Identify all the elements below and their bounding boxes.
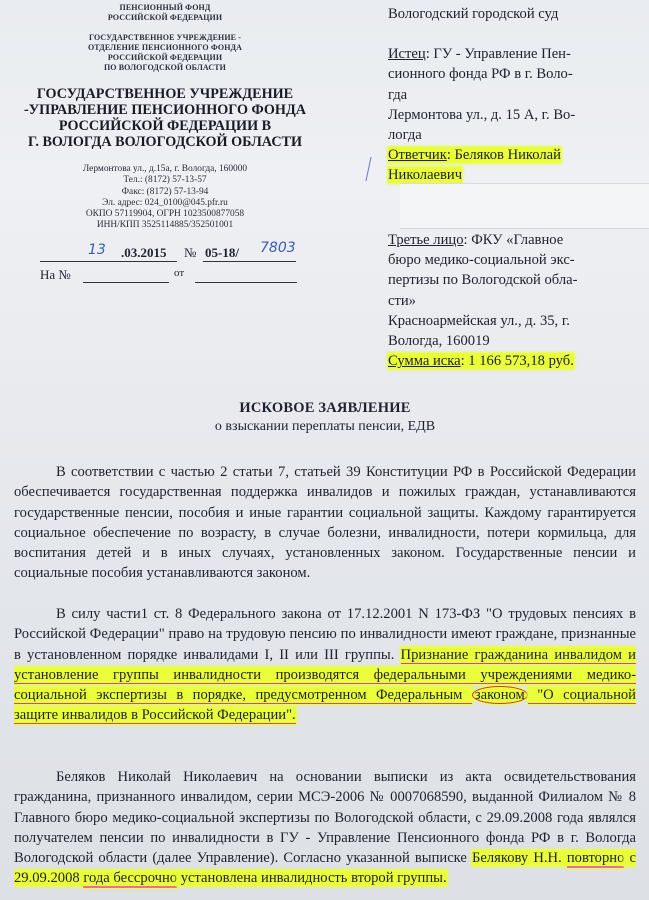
third-party-line-4: сти» [388,291,648,311]
org-phone: Тел.: (8172) 57-13-57 [40,175,290,186]
addressee-block: Вологодский городской суд Истец: ГУ - Уп… [388,4,648,186]
branch-line-3: РОССИЙСКОЙ ФЕДЕРАЦИИ [0,53,330,63]
document-subtitle: о взыскании переплаты пенсии, ЕДВ [150,419,500,435]
number-label: № [184,245,196,261]
org-line-4: Г. ВОЛОГДА ВОЛОГОДСКОЙ ОБЛАСТИ [0,134,330,150]
claim-value: : 1 166 573,18 руб. [461,353,574,369]
fund-line-1: ПЕНСИОННЫЙ ФОНД [0,3,330,13]
fund-line-2: РОССИЙСКОЙ ФЕДЕРАЦИИ [0,13,330,23]
third-party-address-1: Красноармейская ул., д. 35, г. [388,311,648,331]
court-name: Вологодский городской суд [388,4,648,24]
plaintiff-address-2: логда [388,125,648,145]
org-address: Лермонтова ул., д.15а, г. Вологда, 16000… [40,164,290,175]
third-party-line-2: бюро медико-социальной экс- [388,250,648,270]
branch-line-1: ГОСУДАРСТВЕННОЕ УЧРЕЖДЕНИЕ - [0,33,330,43]
plaintiff-address-1: Лермонтова ул., д. 15 А, г. Во- [388,105,648,125]
org-fax: Факс: (8172) 57-13-94 [40,187,290,198]
third-party-label: Третье лицо [388,232,464,248]
paragraph-2: В силу части1 ст. 8 Федерального закона … [14,604,636,726]
org-line-3: РОССИЙСКОЙ ФЕДЕРАЦИИ В [0,118,330,134]
document-title: ИСКОВОЕ ЗАЯВЛЕНИЕ [150,400,500,417]
defendant-line-1: : Беляков Николай [447,147,561,163]
org-line-2: -УПРАВЛЕНИЕ ПЕНСИОННОГО ФОНДА [0,102,330,118]
claim-label: Сумма иска [388,353,461,369]
paragraph-3: Беляков Николай Николаевич на основании … [14,767,636,889]
p3-underlined-2: года бессрочно [83,870,177,888]
p3-highlight-c: установлена инвалидность второй группы. [177,870,447,886]
defendant: Ответчик: Беляков Николай [388,145,648,165]
p3-underlined-1: повторно [567,850,625,868]
third-party-line-3: пертизы по Вологодской обла- [388,270,648,290]
p3-highlight-a: Белякову Н.Н. [472,850,567,866]
branch-line-4: ПО ВОЛОГОДСКОЙ ОБЛАСТИ [0,63,330,73]
reply-row: На № от [40,267,300,287]
defendant-label: Ответчик [388,147,447,163]
handwritten-number: 7803 [260,240,296,256]
from-label: от [174,267,184,279]
reply-label: На № [40,267,71,283]
third-party-block: Третье лицо: ФКУ «Главное бюро медико-со… [388,230,648,371]
number-underline [203,261,296,262]
third-party-address-2: Вологда, 160019 [388,331,648,351]
p2-circled-word: законом [472,686,528,704]
from-date-blank [195,282,297,283]
third-party: Третье лицо: ФКУ «Главное [388,230,648,250]
pen-mark [365,157,381,181]
plaintiff-line-3: гда [388,85,648,105]
claim-amount: Сумма иска: 1 166 573,18 руб. [388,351,648,371]
org-inn: ИНН/КПП 3525114885/352501001 [40,220,290,231]
defendant-line-2: Николаевич [388,167,462,183]
redacted-area [400,183,649,229]
plaintiff-label: Истец [388,46,426,62]
outgoing-date-row: 13 .03.2015 № 05-18/ 7803 [40,244,300,264]
org-line-1: ГОСУДАРСТВЕННОЕ УЧРЕЖДЕНИЕ [0,86,330,102]
handwritten-day: 13 [88,242,106,258]
reply-number-blank [83,282,169,283]
plaintiff: Истец: ГУ - Управление Пен- [388,44,648,64]
outgoing-date: .03.2015 [121,245,167,261]
third-party-line-1: : ФКУ «Главное [464,232,564,248]
paragraph-1: В соответствии с частью 2 статьи 7, стат… [14,462,636,584]
org-okpo: ОКПО 57119904, ОГРН 1023500877058 [40,209,290,220]
outgoing-number: 05-18/ [205,245,239,261]
org-email: Эл. адрес: 024_0100@045.pfr.ru [40,198,290,209]
plaintiff-line-2: сионного фонда РФ в г. Воло- [388,64,648,84]
branch-line-2: ОТДЕЛЕНИЕ ПЕНСИОННОГО ФОНДА [0,43,330,53]
plaintiff-line-1: : ГУ - Управление Пен- [426,46,571,62]
date-underline [40,261,177,262]
